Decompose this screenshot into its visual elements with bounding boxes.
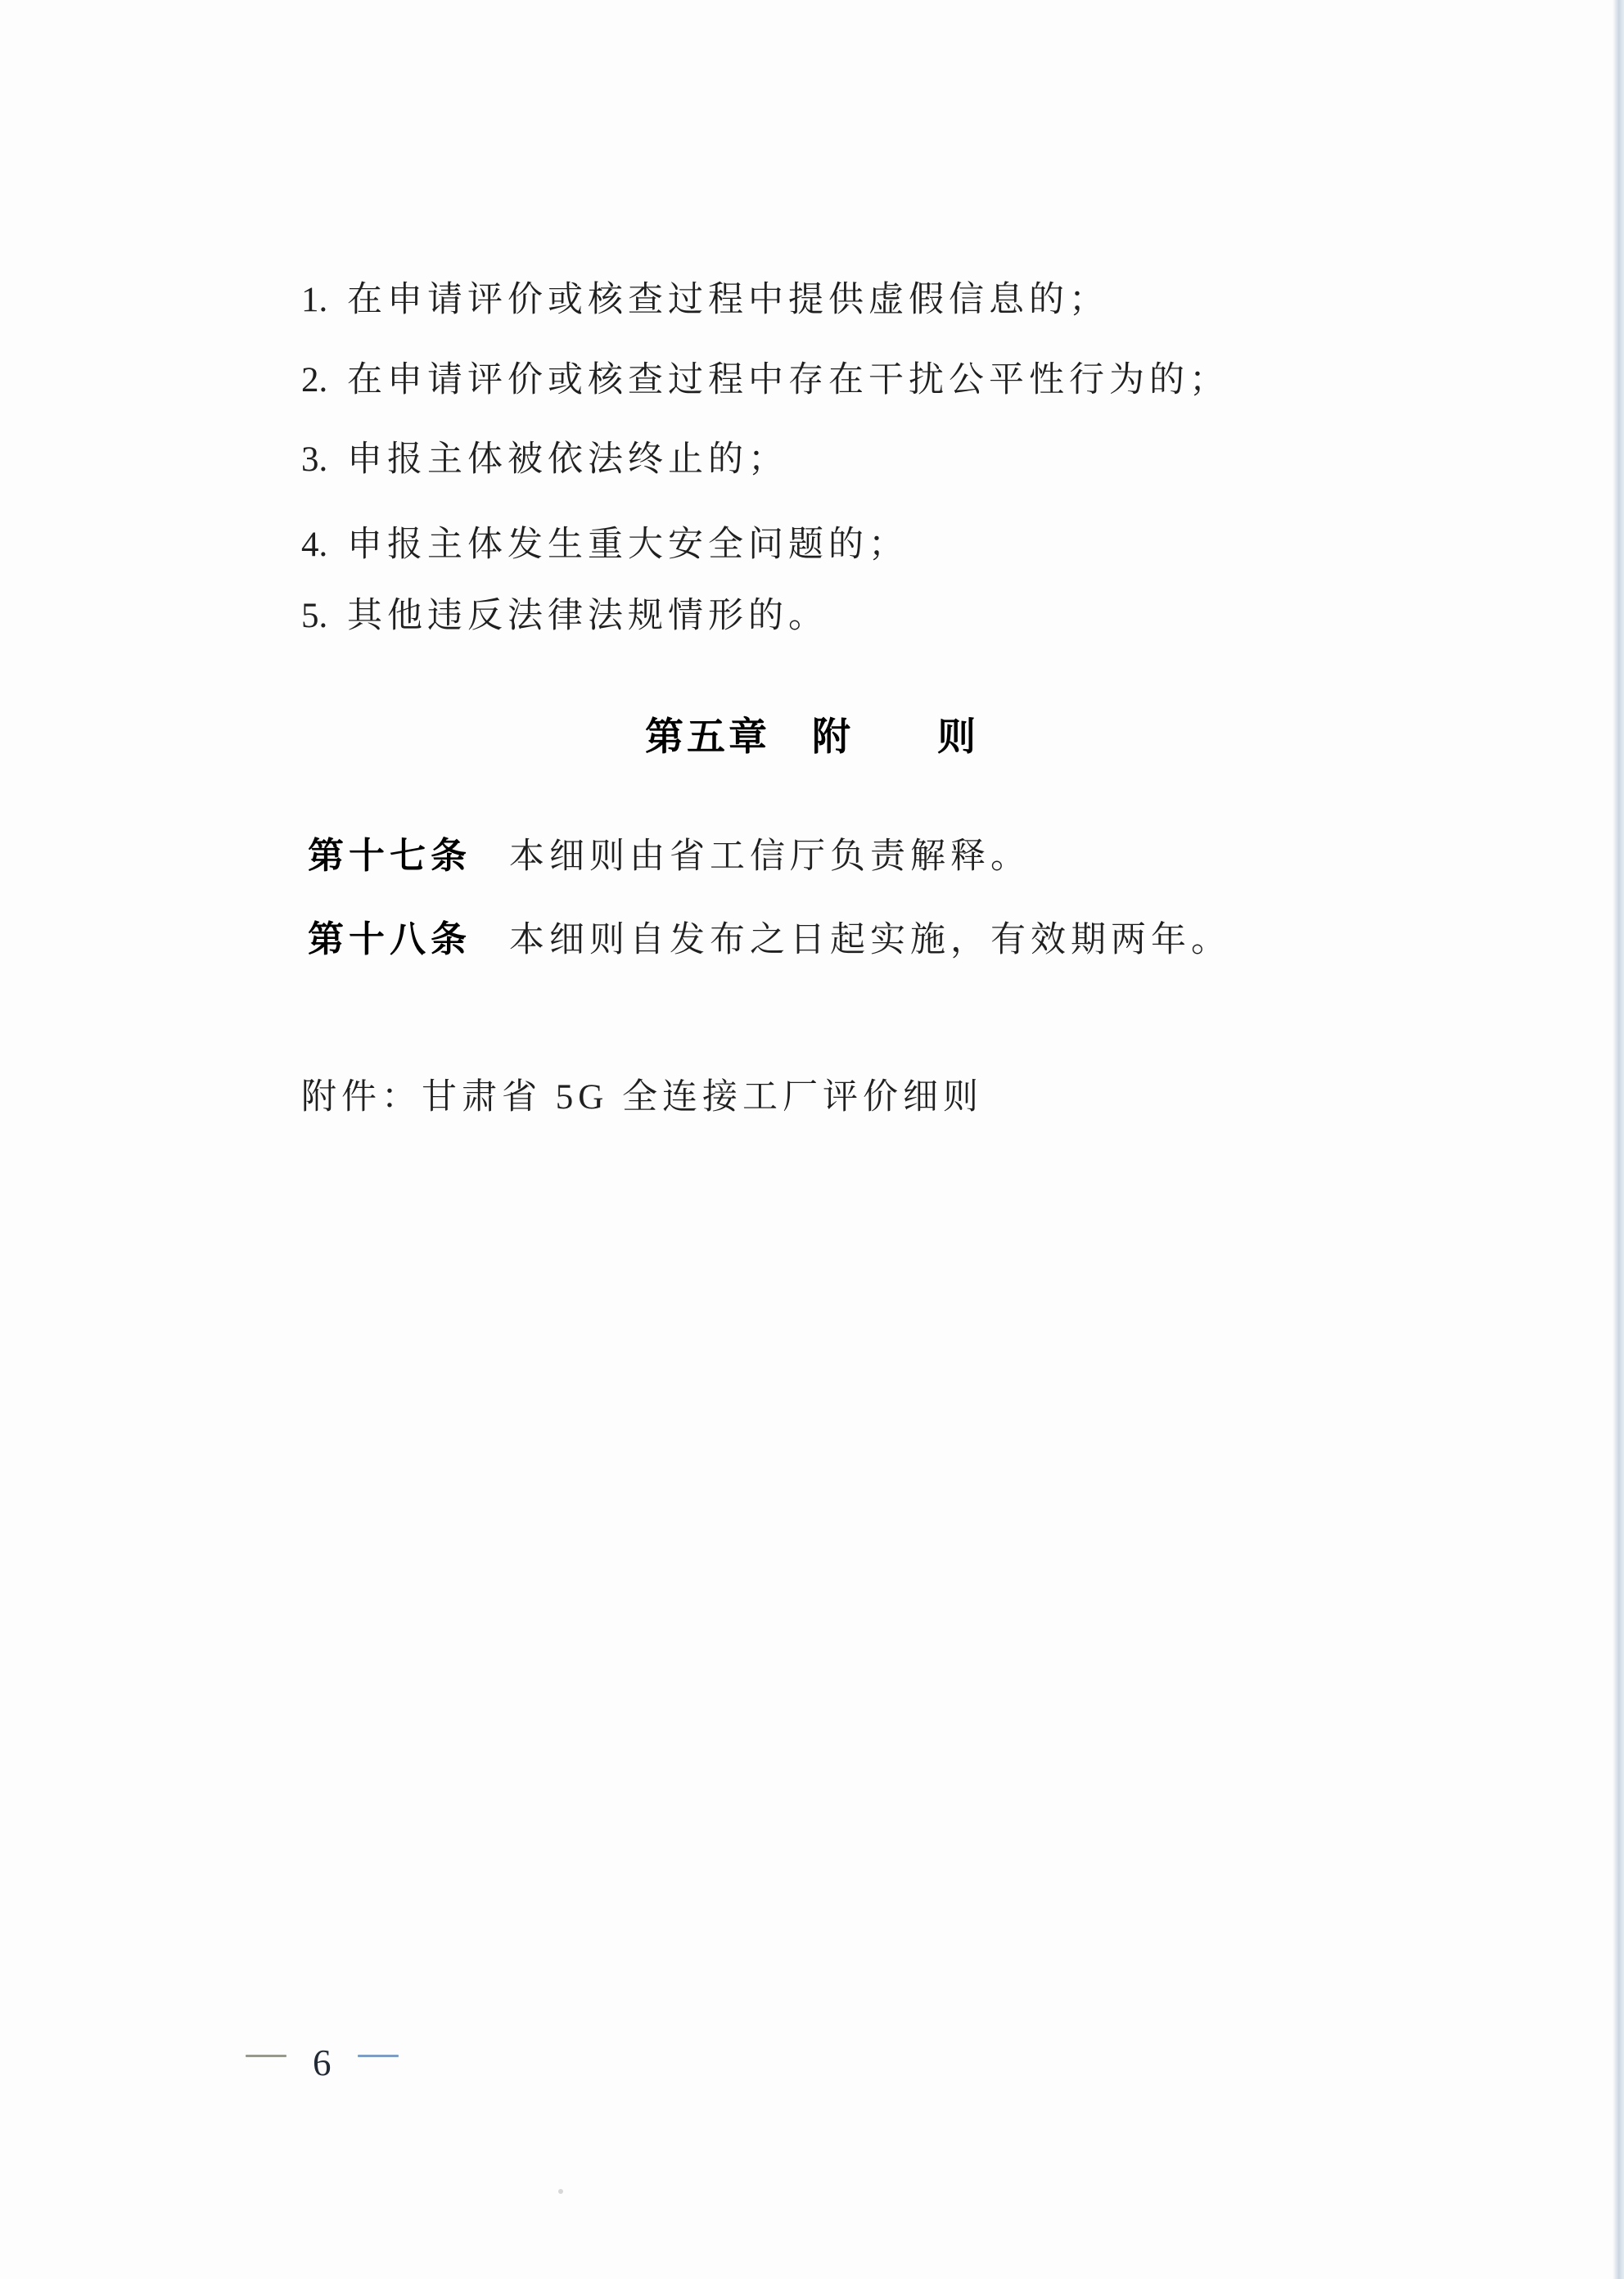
article-label: 第十七条 — [308, 836, 471, 876]
page-number: 6 — [286, 2043, 358, 2083]
page-edge-shadow — [1613, 0, 1624, 2279]
list-item-number: 5. — [301, 596, 347, 637]
list-item-5: 5.其他违反法律法规情形的。 — [301, 596, 828, 637]
list-item-1: 1.在申请评价或核查过程中提供虚假信息的； — [301, 280, 1109, 321]
list-item-3: 3.申报主体被依法终止的； — [301, 440, 788, 481]
list-item-number: 4. — [301, 525, 347, 566]
article-17: 第十七条本细则由省工信厅负责解释。 — [308, 836, 1031, 878]
page-footer: 6 — [246, 2043, 399, 2083]
chapter-heading: 第五章 附 则 — [0, 714, 1624, 760]
list-item-number: 2. — [301, 360, 347, 401]
list-item-4: 4.申报主体发生重大安全问题的； — [301, 525, 909, 566]
list-item-text: 在申请评价或核查过程中提供虚假信息的； — [347, 281, 1109, 319]
list-item-text: 申报主体发生重大安全问题的； — [347, 526, 909, 564]
attachment-label: 附件： — [301, 1078, 422, 1117]
article-text: 本细则自发布之日起实施，有效期两年。 — [509, 921, 1231, 959]
scan-artifact-speck — [558, 2189, 563, 2194]
article-label: 第十八条 — [308, 919, 471, 959]
article-text: 本细则由省工信厅负责解释。 — [509, 837, 1031, 876]
article-18: 第十八条本细则自发布之日起实施，有效期两年。 — [308, 919, 1231, 961]
attachment-line: 附件：甘肃省 5G 全连接工厂评价细则 — [301, 1077, 983, 1118]
list-item-2: 2.在申请评价或核查过程中存在干扰公平性行为的； — [301, 360, 1229, 401]
list-item-number: 3. — [301, 440, 347, 481]
list-item-text: 其他违反法律法规情形的。 — [347, 597, 828, 635]
attachment-text: 甘肃省 5G 全连接工厂评价细则 — [422, 1078, 983, 1117]
footer-dash-right — [358, 2055, 399, 2057]
document-page: 1.在申请评价或核查过程中提供虚假信息的； 2.在申请评价或核查过程中存在干扰公… — [0, 0, 1624, 2279]
footer-dash-left — [246, 2055, 286, 2057]
list-item-text: 在申请评价或核查过程中存在干扰公平性行为的； — [347, 361, 1229, 399]
list-item-text: 申报主体被依法终止的； — [347, 440, 788, 479]
list-item-number: 1. — [301, 280, 347, 321]
